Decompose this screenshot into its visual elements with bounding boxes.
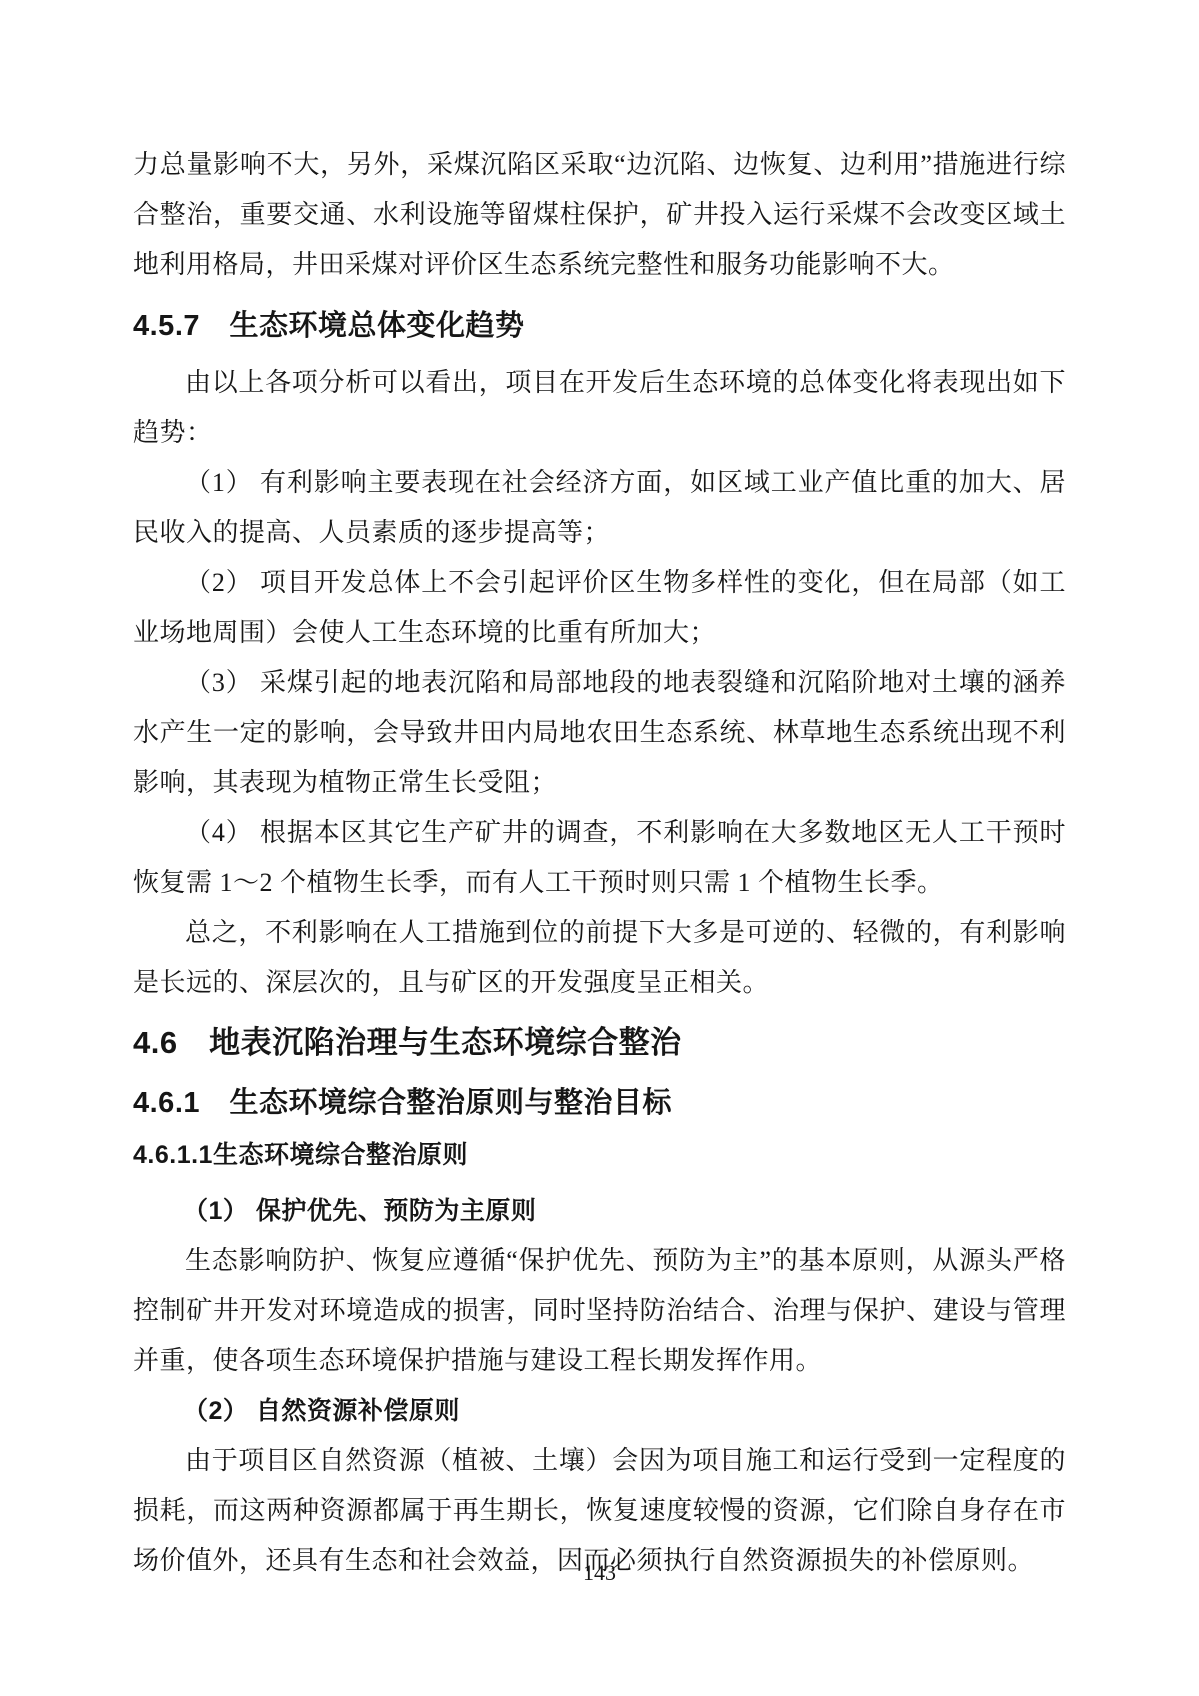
section-4-5-7-intro: 由以上各项分析可以看出，项目在开发后生态环境的总体变化将表现出如下趋势： (133, 358, 1066, 458)
heading-4-5-7: 4.5.7 生态环境总体变化趋势 (133, 306, 1066, 346)
section-4-5-7-summary: 总之，不利影响在人工措施到位的前提下大多是可逆的、轻微的，有利影响是长远的、深层… (133, 908, 1066, 1008)
heading-4-6-1: 4.6.1 生态环境综合整治原则与整治目标 (133, 1084, 1066, 1122)
section-4-5-7-item-2: （2） 项目开发总体上不会引起评价区生物多样性的变化，但在局部（如工业场地周围）… (133, 558, 1066, 658)
principle-1-heading: （1） 保护优先、预防为主原则 (133, 1186, 1066, 1236)
heading-4-6-1-1: 4.6.1.1生态环境综合整治原则 (133, 1138, 1066, 1172)
page-number: 143 (0, 1558, 1199, 1588)
section-4-5-7-item-4: （4） 根据本区其它生产矿井的调查，不利影响在大多数地区无人工干预时恢复需 1～… (133, 808, 1066, 908)
principle-2-heading: （2） 自然资源补偿原则 (133, 1386, 1066, 1436)
continuation-paragraph: 力总量影响不大，另外，采煤沉陷区采取“边沉陷、边恢复、边利用”措施进行综合整治，… (133, 140, 1066, 290)
principle-1-body: 生态影响防护、恢复应遵循“保护优先、预防为主”的基本原则，从源头严格控制矿井开发… (133, 1236, 1066, 1386)
heading-4-6: 4.6 地表沉陷治理与生态环境综合整治 (133, 1022, 1066, 1064)
document-page: 力总量影响不大，另外，采煤沉陷区采取“边沉陷、边恢复、边利用”措施进行综合整治，… (0, 0, 1199, 1696)
section-4-5-7-item-1: （1） 有利影响主要表现在社会经济方面，如区域工业产值比重的加大、居民收入的提高… (133, 458, 1066, 558)
section-4-5-7-item-3: （3） 采煤引起的地表沉陷和局部地段的地表裂缝和沉陷阶地对土壤的涵养水产生一定的… (133, 658, 1066, 808)
